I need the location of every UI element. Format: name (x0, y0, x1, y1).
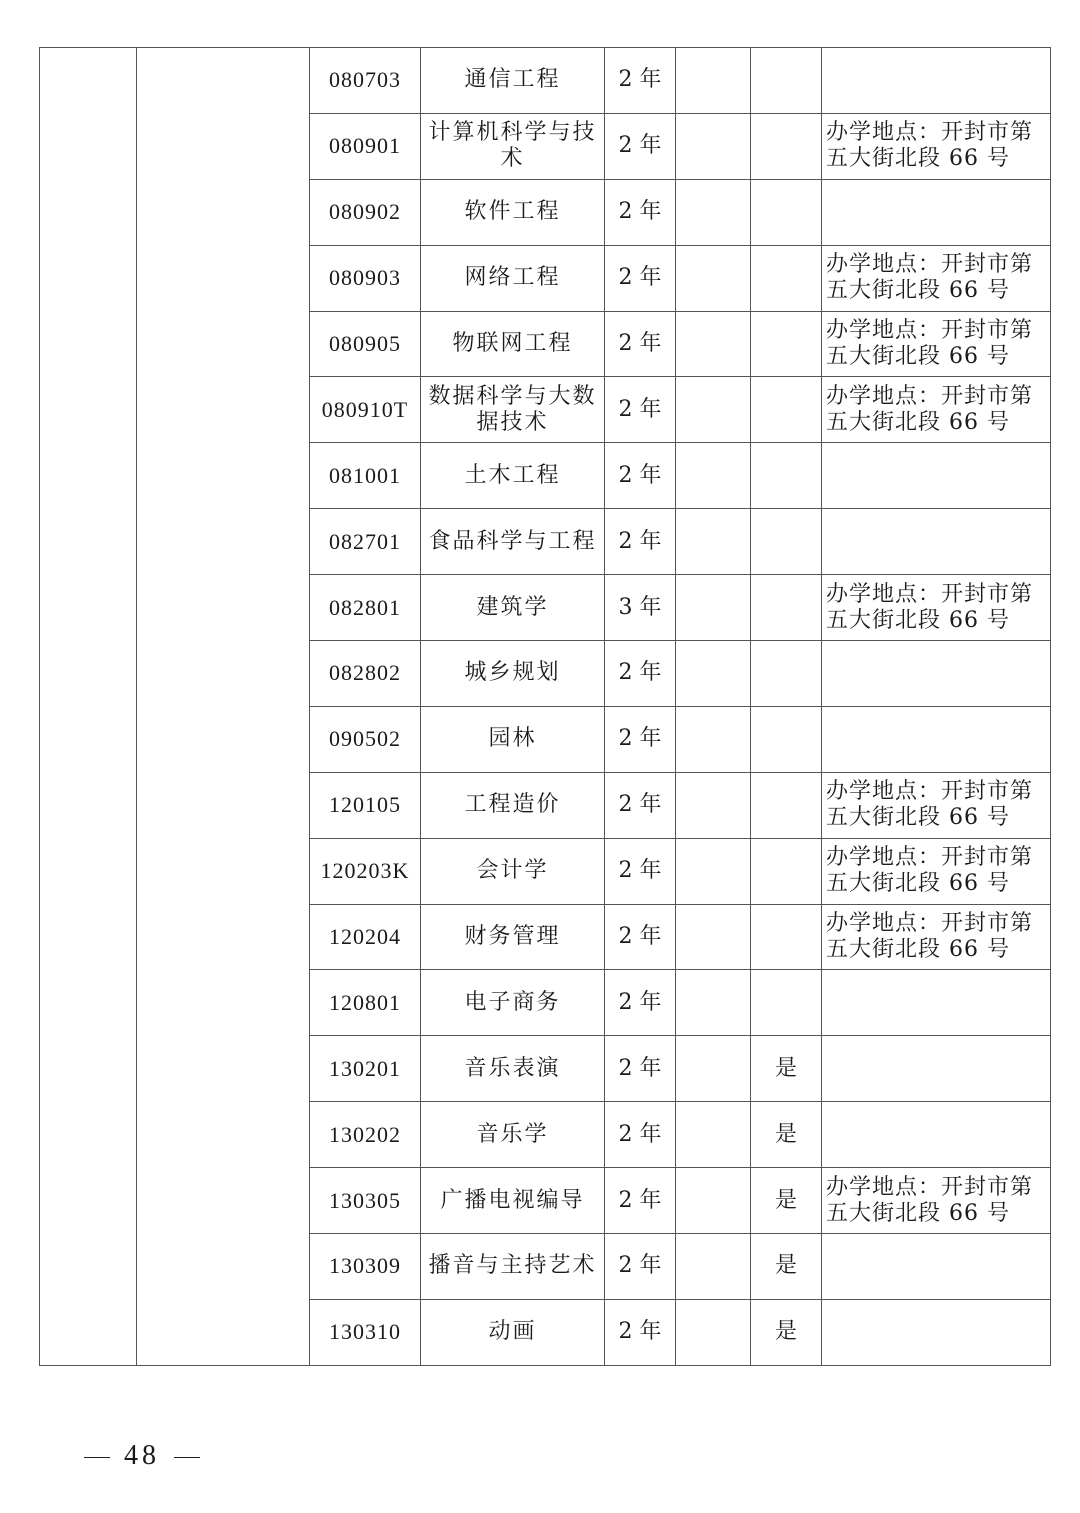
major-code-cell: 120801 (310, 970, 421, 1036)
blank-cell (676, 377, 751, 443)
major-code-cell: 090502 (310, 706, 421, 772)
duration-cell: 3 年 (605, 575, 676, 641)
major-name-cell: 音乐表演 (421, 1036, 605, 1102)
blank-cell (676, 1299, 751, 1365)
note-cell: 办学地点：开封市第五大街北段 66 号 (822, 245, 1051, 311)
blank-cell (676, 1168, 751, 1234)
blank-cell (676, 48, 751, 114)
blank-cell (676, 311, 751, 377)
note-cell (822, 1036, 1051, 1102)
major-code-cell: 080703 (310, 48, 421, 114)
blank-cell (676, 838, 751, 904)
majors-table: 080703通信工程2 年080901计算机科学与技术2 年办学地点：开封市第五… (39, 47, 1051, 1366)
major-code-cell: 120105 (310, 772, 421, 838)
note-cell: 办学地点：开封市第五大街北段 66 号 (822, 575, 1051, 641)
major-name-cell: 软件工程 (421, 179, 605, 245)
art-major-cell (751, 377, 822, 443)
major-name-cell: 计算机科学与技术 (421, 113, 605, 179)
art-major-cell: 是 (751, 1234, 822, 1300)
major-code-cell: 082801 (310, 575, 421, 641)
merged-school-cell (137, 48, 310, 1366)
duration-cell: 2 年 (605, 970, 676, 1036)
major-code-cell: 082701 (310, 509, 421, 575)
art-major-cell (751, 575, 822, 641)
art-major-cell (751, 48, 822, 114)
major-code-cell: 082802 (310, 641, 421, 707)
art-major-cell (751, 311, 822, 377)
duration-cell: 2 年 (605, 113, 676, 179)
duration-cell: 2 年 (605, 641, 676, 707)
major-name-cell: 数据科学与大数据技术 (421, 377, 605, 443)
art-major-cell (751, 772, 822, 838)
major-name-cell: 城乡规划 (421, 641, 605, 707)
blank-cell (676, 509, 751, 575)
art-major-cell (751, 904, 822, 970)
major-code-cell: 130310 (310, 1299, 421, 1365)
blank-cell (676, 1102, 751, 1168)
note-cell (822, 1102, 1051, 1168)
note-cell (822, 1234, 1051, 1300)
major-code-cell: 120204 (310, 904, 421, 970)
duration-cell: 2 年 (605, 48, 676, 114)
page-number: 48 (70, 1440, 214, 1472)
note-cell (822, 179, 1051, 245)
art-major-cell: 是 (751, 1036, 822, 1102)
table-row: 080703通信工程2 年 (40, 48, 1051, 114)
major-name-cell: 通信工程 (421, 48, 605, 114)
major-code-cell: 080910T (310, 377, 421, 443)
duration-cell: 2 年 (605, 1234, 676, 1300)
major-name-cell: 土木工程 (421, 443, 605, 509)
art-major-cell: 是 (751, 1102, 822, 1168)
art-major-cell: 是 (751, 1168, 822, 1234)
major-name-cell: 电子商务 (421, 970, 605, 1036)
major-name-cell: 会计学 (421, 838, 605, 904)
note-cell: 办学地点：开封市第五大街北段 66 号 (822, 311, 1051, 377)
duration-cell: 2 年 (605, 245, 676, 311)
merged-category-cell (40, 48, 137, 1366)
blank-cell (676, 113, 751, 179)
page-number-value: 48 (124, 1440, 160, 1471)
major-code-cell: 080905 (310, 311, 421, 377)
page-dash-left (84, 1457, 110, 1459)
duration-cell: 2 年 (605, 1036, 676, 1102)
note-cell (822, 509, 1051, 575)
art-major-cell (751, 970, 822, 1036)
major-code-cell: 130305 (310, 1168, 421, 1234)
blank-cell (676, 904, 751, 970)
major-name-cell: 食品科学与工程 (421, 509, 605, 575)
major-name-cell: 音乐学 (421, 1102, 605, 1168)
major-code-cell: 130202 (310, 1102, 421, 1168)
note-cell: 办学地点：开封市第五大街北段 66 号 (822, 838, 1051, 904)
major-code-cell: 120203K (310, 838, 421, 904)
blank-cell (676, 443, 751, 509)
major-code-cell: 080901 (310, 113, 421, 179)
note-cell: 办学地点：开封市第五大街北段 66 号 (822, 377, 1051, 443)
major-name-cell: 物联网工程 (421, 311, 605, 377)
blank-cell (676, 1036, 751, 1102)
major-name-cell: 财务管理 (421, 904, 605, 970)
art-major-cell (751, 443, 822, 509)
major-code-cell: 130201 (310, 1036, 421, 1102)
note-cell (822, 1299, 1051, 1365)
blank-cell (676, 179, 751, 245)
major-name-cell: 网络工程 (421, 245, 605, 311)
blank-cell (676, 706, 751, 772)
blank-cell (676, 641, 751, 707)
duration-cell: 2 年 (605, 706, 676, 772)
art-major-cell (751, 706, 822, 772)
art-major-cell (751, 179, 822, 245)
major-code-cell: 081001 (310, 443, 421, 509)
major-code-cell: 130309 (310, 1234, 421, 1300)
duration-cell: 2 年 (605, 1299, 676, 1365)
note-cell: 办学地点：开封市第五大街北段 66 号 (822, 113, 1051, 179)
duration-cell: 2 年 (605, 377, 676, 443)
note-cell: 办学地点：开封市第五大街北段 66 号 (822, 772, 1051, 838)
major-code-cell: 080902 (310, 179, 421, 245)
duration-cell: 2 年 (605, 311, 676, 377)
major-name-cell: 播音与主持艺术 (421, 1234, 605, 1300)
major-code-cell: 080903 (310, 245, 421, 311)
note-cell (822, 970, 1051, 1036)
page-dash-right (174, 1457, 200, 1459)
blank-cell (676, 575, 751, 641)
major-name-cell: 园林 (421, 706, 605, 772)
table-body: 080703通信工程2 年080901计算机科学与技术2 年办学地点：开封市第五… (40, 48, 1051, 1366)
blank-cell (676, 245, 751, 311)
note-cell (822, 641, 1051, 707)
note-cell: 办学地点：开封市第五大街北段 66 号 (822, 1168, 1051, 1234)
major-name-cell: 动画 (421, 1299, 605, 1365)
art-major-cell (751, 838, 822, 904)
blank-cell (676, 772, 751, 838)
duration-cell: 2 年 (605, 838, 676, 904)
note-cell: 办学地点：开封市第五大街北段 66 号 (822, 904, 1051, 970)
art-major-cell (751, 245, 822, 311)
duration-cell: 2 年 (605, 509, 676, 575)
duration-cell: 2 年 (605, 1168, 676, 1234)
major-name-cell: 建筑学 (421, 575, 605, 641)
art-major-cell: 是 (751, 1299, 822, 1365)
major-name-cell: 广播电视编导 (421, 1168, 605, 1234)
blank-cell (676, 1234, 751, 1300)
note-cell (822, 706, 1051, 772)
note-cell (822, 443, 1051, 509)
duration-cell: 2 年 (605, 772, 676, 838)
art-major-cell (751, 641, 822, 707)
duration-cell: 2 年 (605, 904, 676, 970)
art-major-cell (751, 113, 822, 179)
duration-cell: 2 年 (605, 443, 676, 509)
major-name-cell: 工程造价 (421, 772, 605, 838)
duration-cell: 2 年 (605, 179, 676, 245)
note-cell (822, 48, 1051, 114)
blank-cell (676, 970, 751, 1036)
art-major-cell (751, 509, 822, 575)
duration-cell: 2 年 (605, 1102, 676, 1168)
